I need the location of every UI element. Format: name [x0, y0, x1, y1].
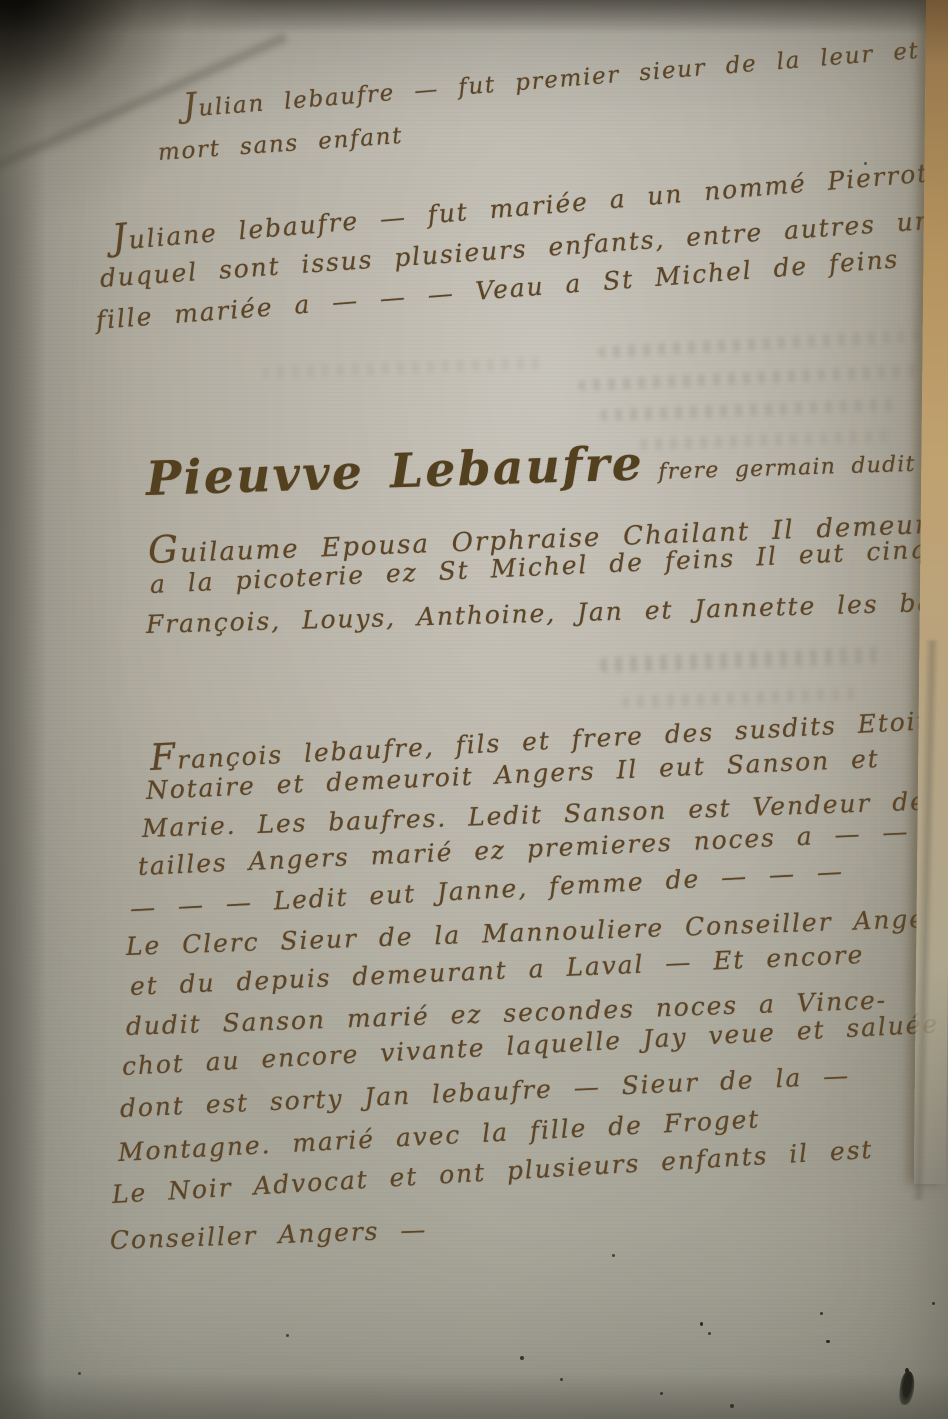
foxing-speck: [932, 1302, 935, 1305]
heading-suffix: frere germain dudit: [658, 452, 916, 485]
manuscript-photo: Julian lebaufre — fut premier sieur de l…: [0, 0, 948, 1419]
foxing-speck: [700, 1322, 703, 1326]
foxing-speck: [612, 1254, 615, 1257]
bleedthrough-line: [600, 399, 900, 421]
heading-name: Pieuvve Lebaufre: [145, 436, 645, 507]
manuscript-heading-line: Pieuvve Lebaufrefrere germain dudit: [145, 428, 916, 507]
manuscript-line-francois-13: Conseiller Angers —: [109, 1215, 427, 1255]
foxing-speck: [708, 1332, 711, 1335]
bleedthrough-line: [600, 647, 886, 673]
bottom-shadow-edge: [0, 1373, 948, 1419]
manuscript-line-pierre-3: François, Louys, Anthoine, Jan et Jannet…: [146, 586, 948, 639]
foxing-speck: [520, 1356, 524, 1360]
foxing-speck: [820, 1312, 823, 1315]
bleedthrough-line: [578, 365, 922, 392]
foxing-speck: [826, 1340, 830, 1343]
bleedthrough-line: [598, 330, 918, 359]
foxing-speck: [286, 1334, 289, 1337]
bleedthrough-line: [262, 357, 542, 379]
foxing-speck: [864, 162, 867, 165]
